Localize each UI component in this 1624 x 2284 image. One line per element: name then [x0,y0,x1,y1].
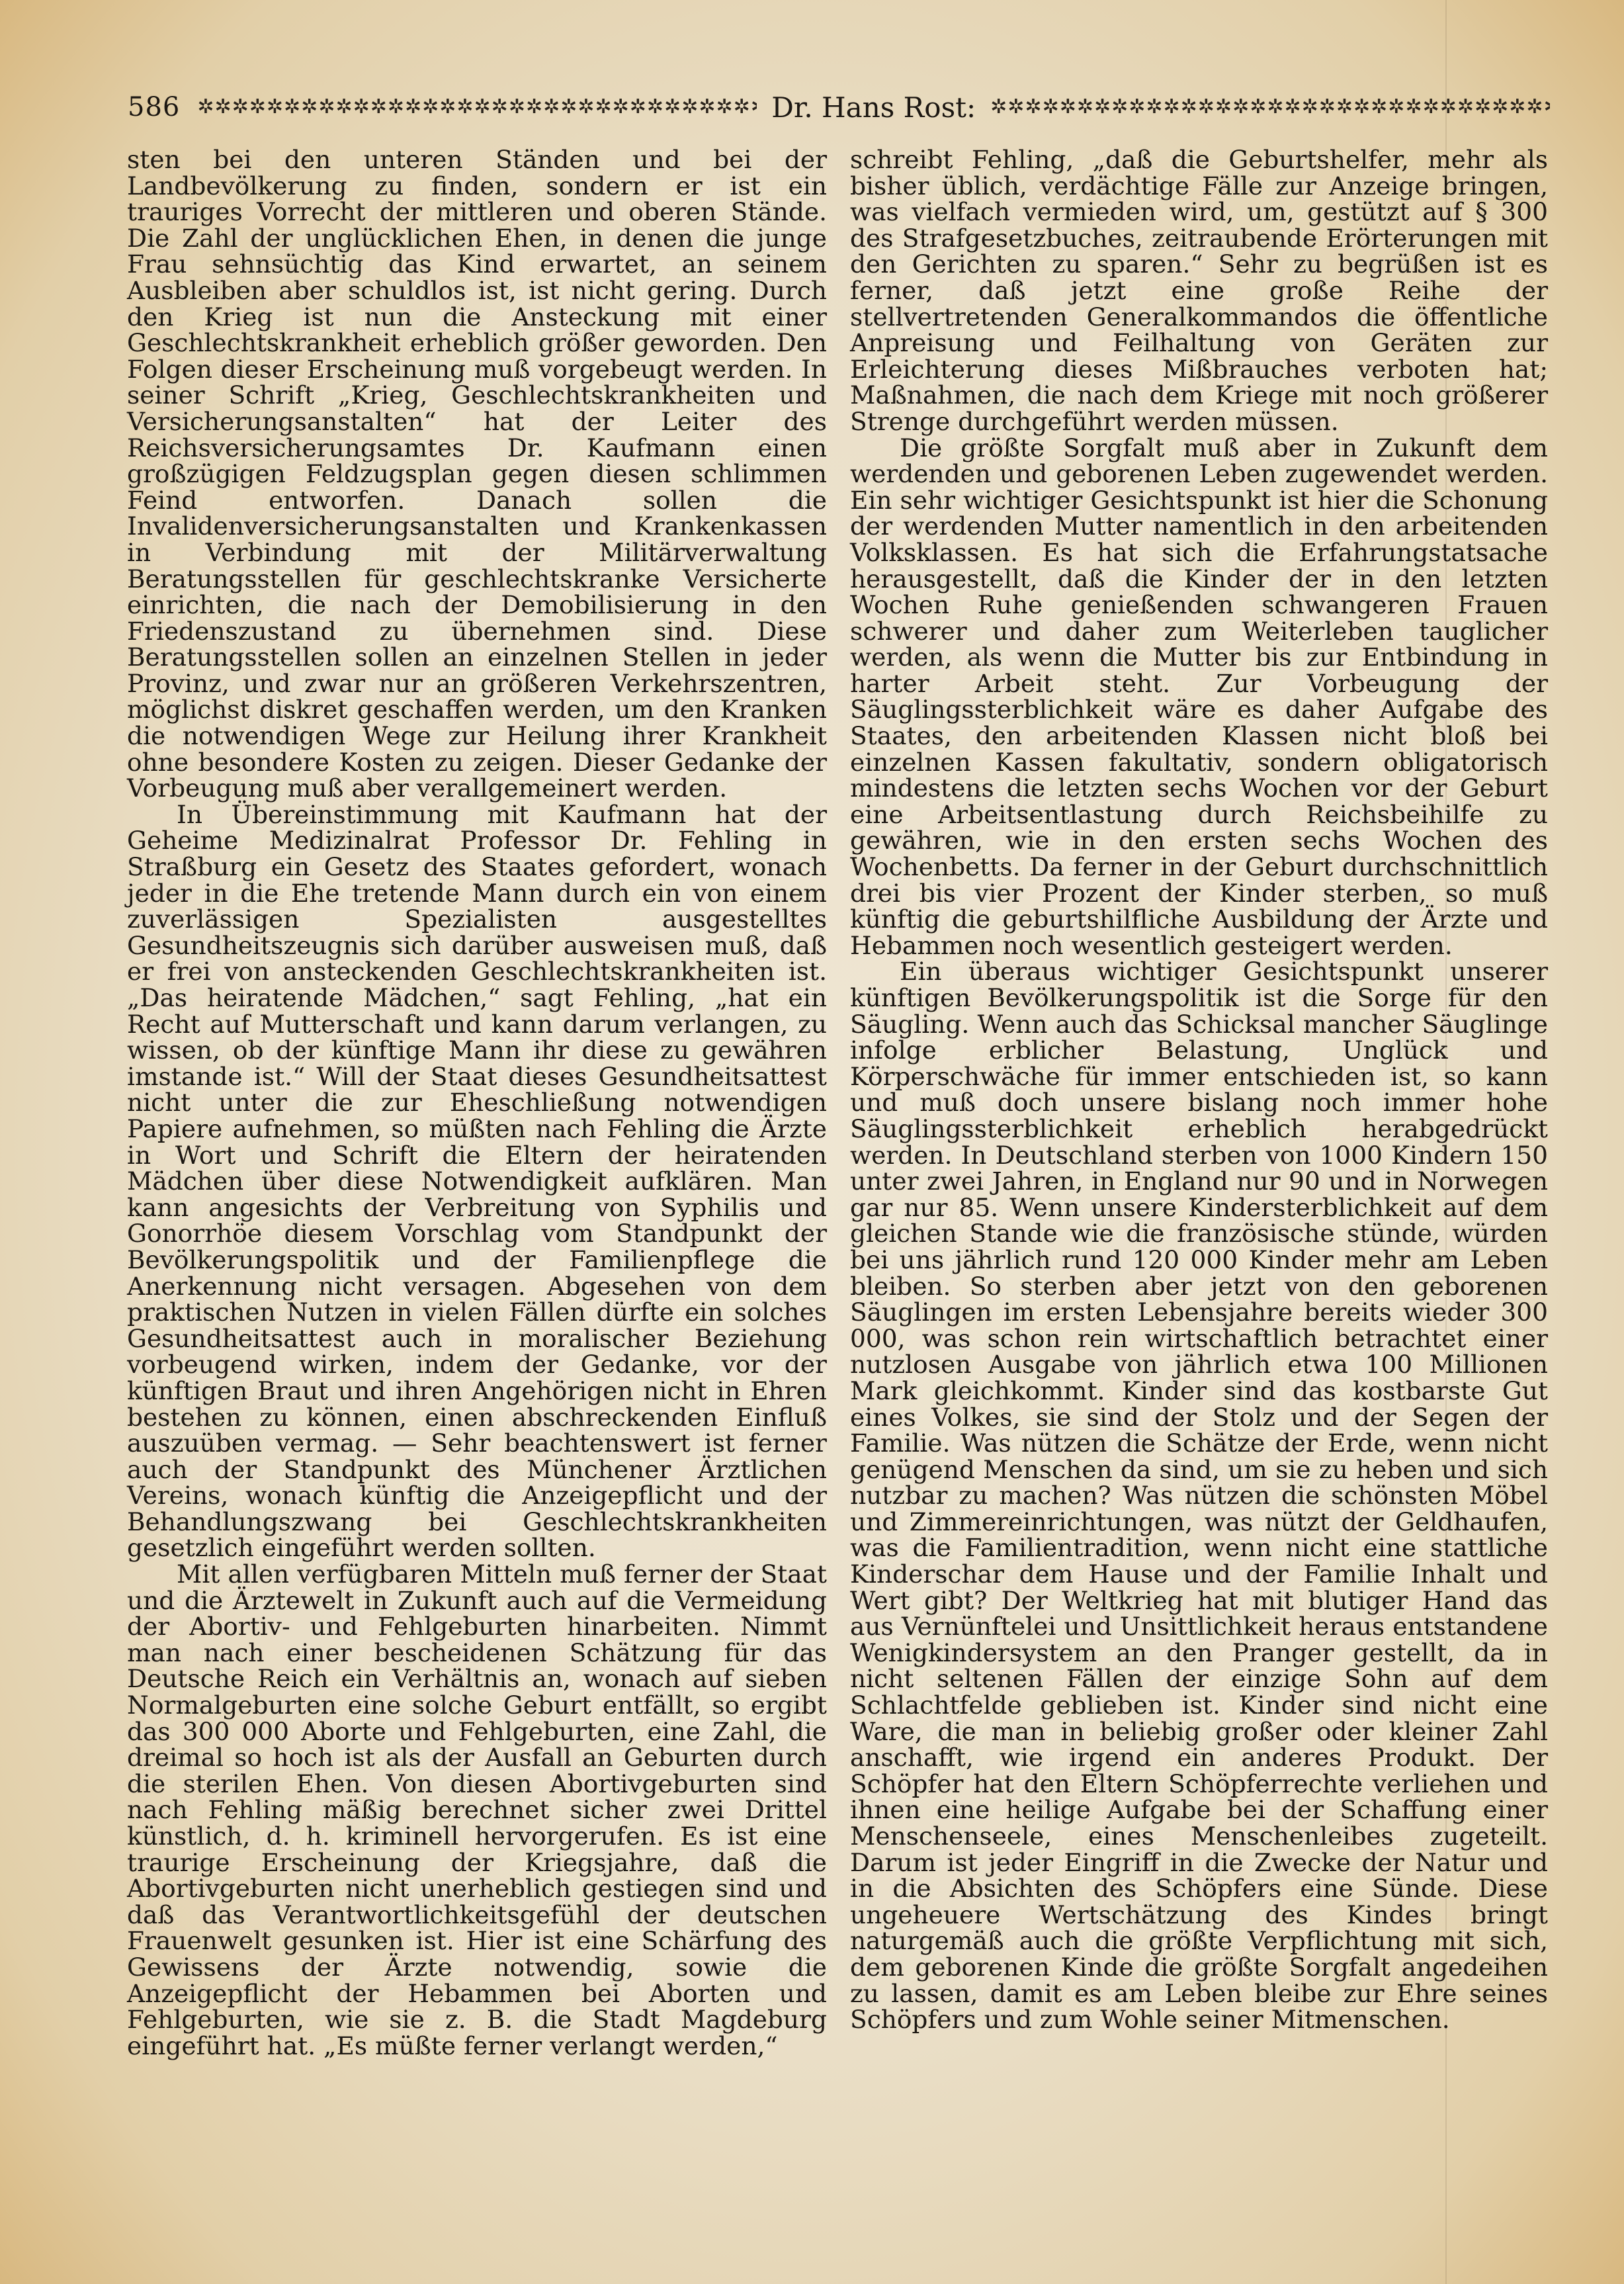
ornament-rule-left: ✲✲✲✲✲✲✲✲✲✲✲✲✲✲✲✲✲✲✲✲✲✲✲✲✲✲✲✲✲✲✲✲✲✲✲✲✲✲✲✲… [197,94,757,120]
running-head-author: Dr. Hans Rost: [771,91,976,124]
paragraph: sten bei den unteren Ständen und bei der… [127,147,827,802]
paragraph: In Übereinstimmung mit Kaufmann hat der … [127,802,827,1561]
left-column: sten bei den unteren Ständen und bei der… [127,147,827,2059]
paragraph: Ein überaus wichtiger Gesichtspunkt unse… [850,959,1548,2033]
paragraph: Die größte Sorgfalt muß aber in Zukunft … [850,435,1548,959]
right-column: schreibt Fehling, „daß die Geburtshelfer… [850,147,1548,2033]
page-number: 586 [128,92,180,122]
document-page: 586 ✲✲✲✲✲✲✲✲✲✲✲✲✲✲✲✲✲✲✲✲✲✲✲✲✲✲✲✲✲✲✲✲✲✲✲✲… [0,0,1624,2284]
page-header: 586 ✲✲✲✲✲✲✲✲✲✲✲✲✲✲✲✲✲✲✲✲✲✲✲✲✲✲✲✲✲✲✲✲✲✲✲✲… [128,87,1550,127]
paragraph: schreibt Fehling, „daß die Geburtshelfer… [850,147,1548,435]
paragraph: Mit allen verfügbaren Mitteln muß ferner… [127,1561,827,2059]
ornament-rule-right: ✲✲✲✲✲✲✲✲✲✲✲✲✲✲✲✲✲✲✲✲✲✲✲✲✲✲✲✲✲✲✲✲✲✲✲✲✲✲✲✲… [990,94,1550,120]
